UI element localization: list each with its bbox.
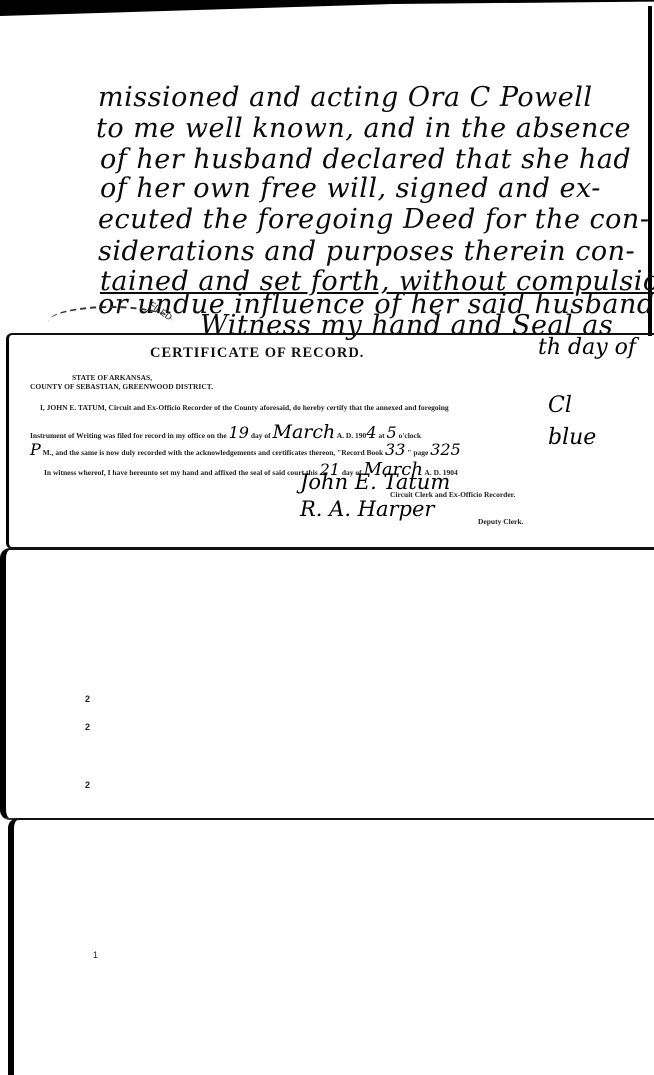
- handwritten-line: of her own free will, signed and ex-: [100, 173, 601, 204]
- scan-edge-top: [0, 0, 654, 16]
- line3-page: " page: [407, 448, 428, 457]
- certificate-line-3: P M., and the same is now duly recorded …: [30, 440, 461, 459]
- county-line: COUNTY OF SEBASTIAN, GREENWOOD DISTRICT.: [30, 382, 213, 391]
- line2-dayof: day of: [251, 431, 271, 440]
- state-line: STATE OF ARKANSAS,: [72, 373, 152, 382]
- handwritten-line: of her husband declared that she had: [100, 144, 631, 175]
- line2-year: A. D. 190: [337, 431, 367, 440]
- certificate-title: CERTIFICATE OF RECORD.: [150, 345, 364, 362]
- handwritten-line: ecuted the foregoing Deed for the con-: [98, 204, 649, 235]
- line3-text: M., and the same is now duly recorded wi…: [43, 448, 384, 457]
- page-mark: 2: [85, 722, 90, 732]
- certificate-line-1: I, JOHN E. TATUM, Circuit and Ex-Officio…: [40, 403, 449, 412]
- filed-meridiem: P: [30, 440, 41, 459]
- blank-page-panel-lower: [8, 818, 654, 1075]
- line2-oclock: o'clock: [399, 431, 422, 440]
- line2-text: Instrument of Writing was filed for reco…: [30, 431, 227, 440]
- deputy-title: Deputy Clerk.: [478, 517, 523, 526]
- line4-text: In witness whereof, I have hereunto set …: [44, 468, 318, 477]
- margin-note-cl: Cl: [548, 393, 572, 418]
- page-mark: 2: [85, 694, 90, 704]
- blank-page-panel: [0, 548, 654, 820]
- line2-at: at: [378, 431, 384, 440]
- page-mark: 2: [85, 780, 90, 790]
- margin-note-blue: blue: [548, 425, 596, 450]
- handwritten-line: to me well known, and in the absence: [96, 113, 631, 144]
- page-mark: 1: [93, 950, 98, 960]
- record-book: 33: [385, 440, 405, 459]
- deputy-signature: R. A. Harper: [300, 497, 434, 521]
- handwritten-line: siderations and purposes therein con-: [98, 236, 635, 267]
- record-page: 325: [430, 440, 461, 459]
- handwritten-line: missioned and acting Ora C Powell: [98, 82, 593, 113]
- margin-day-of: th day of: [538, 335, 636, 360]
